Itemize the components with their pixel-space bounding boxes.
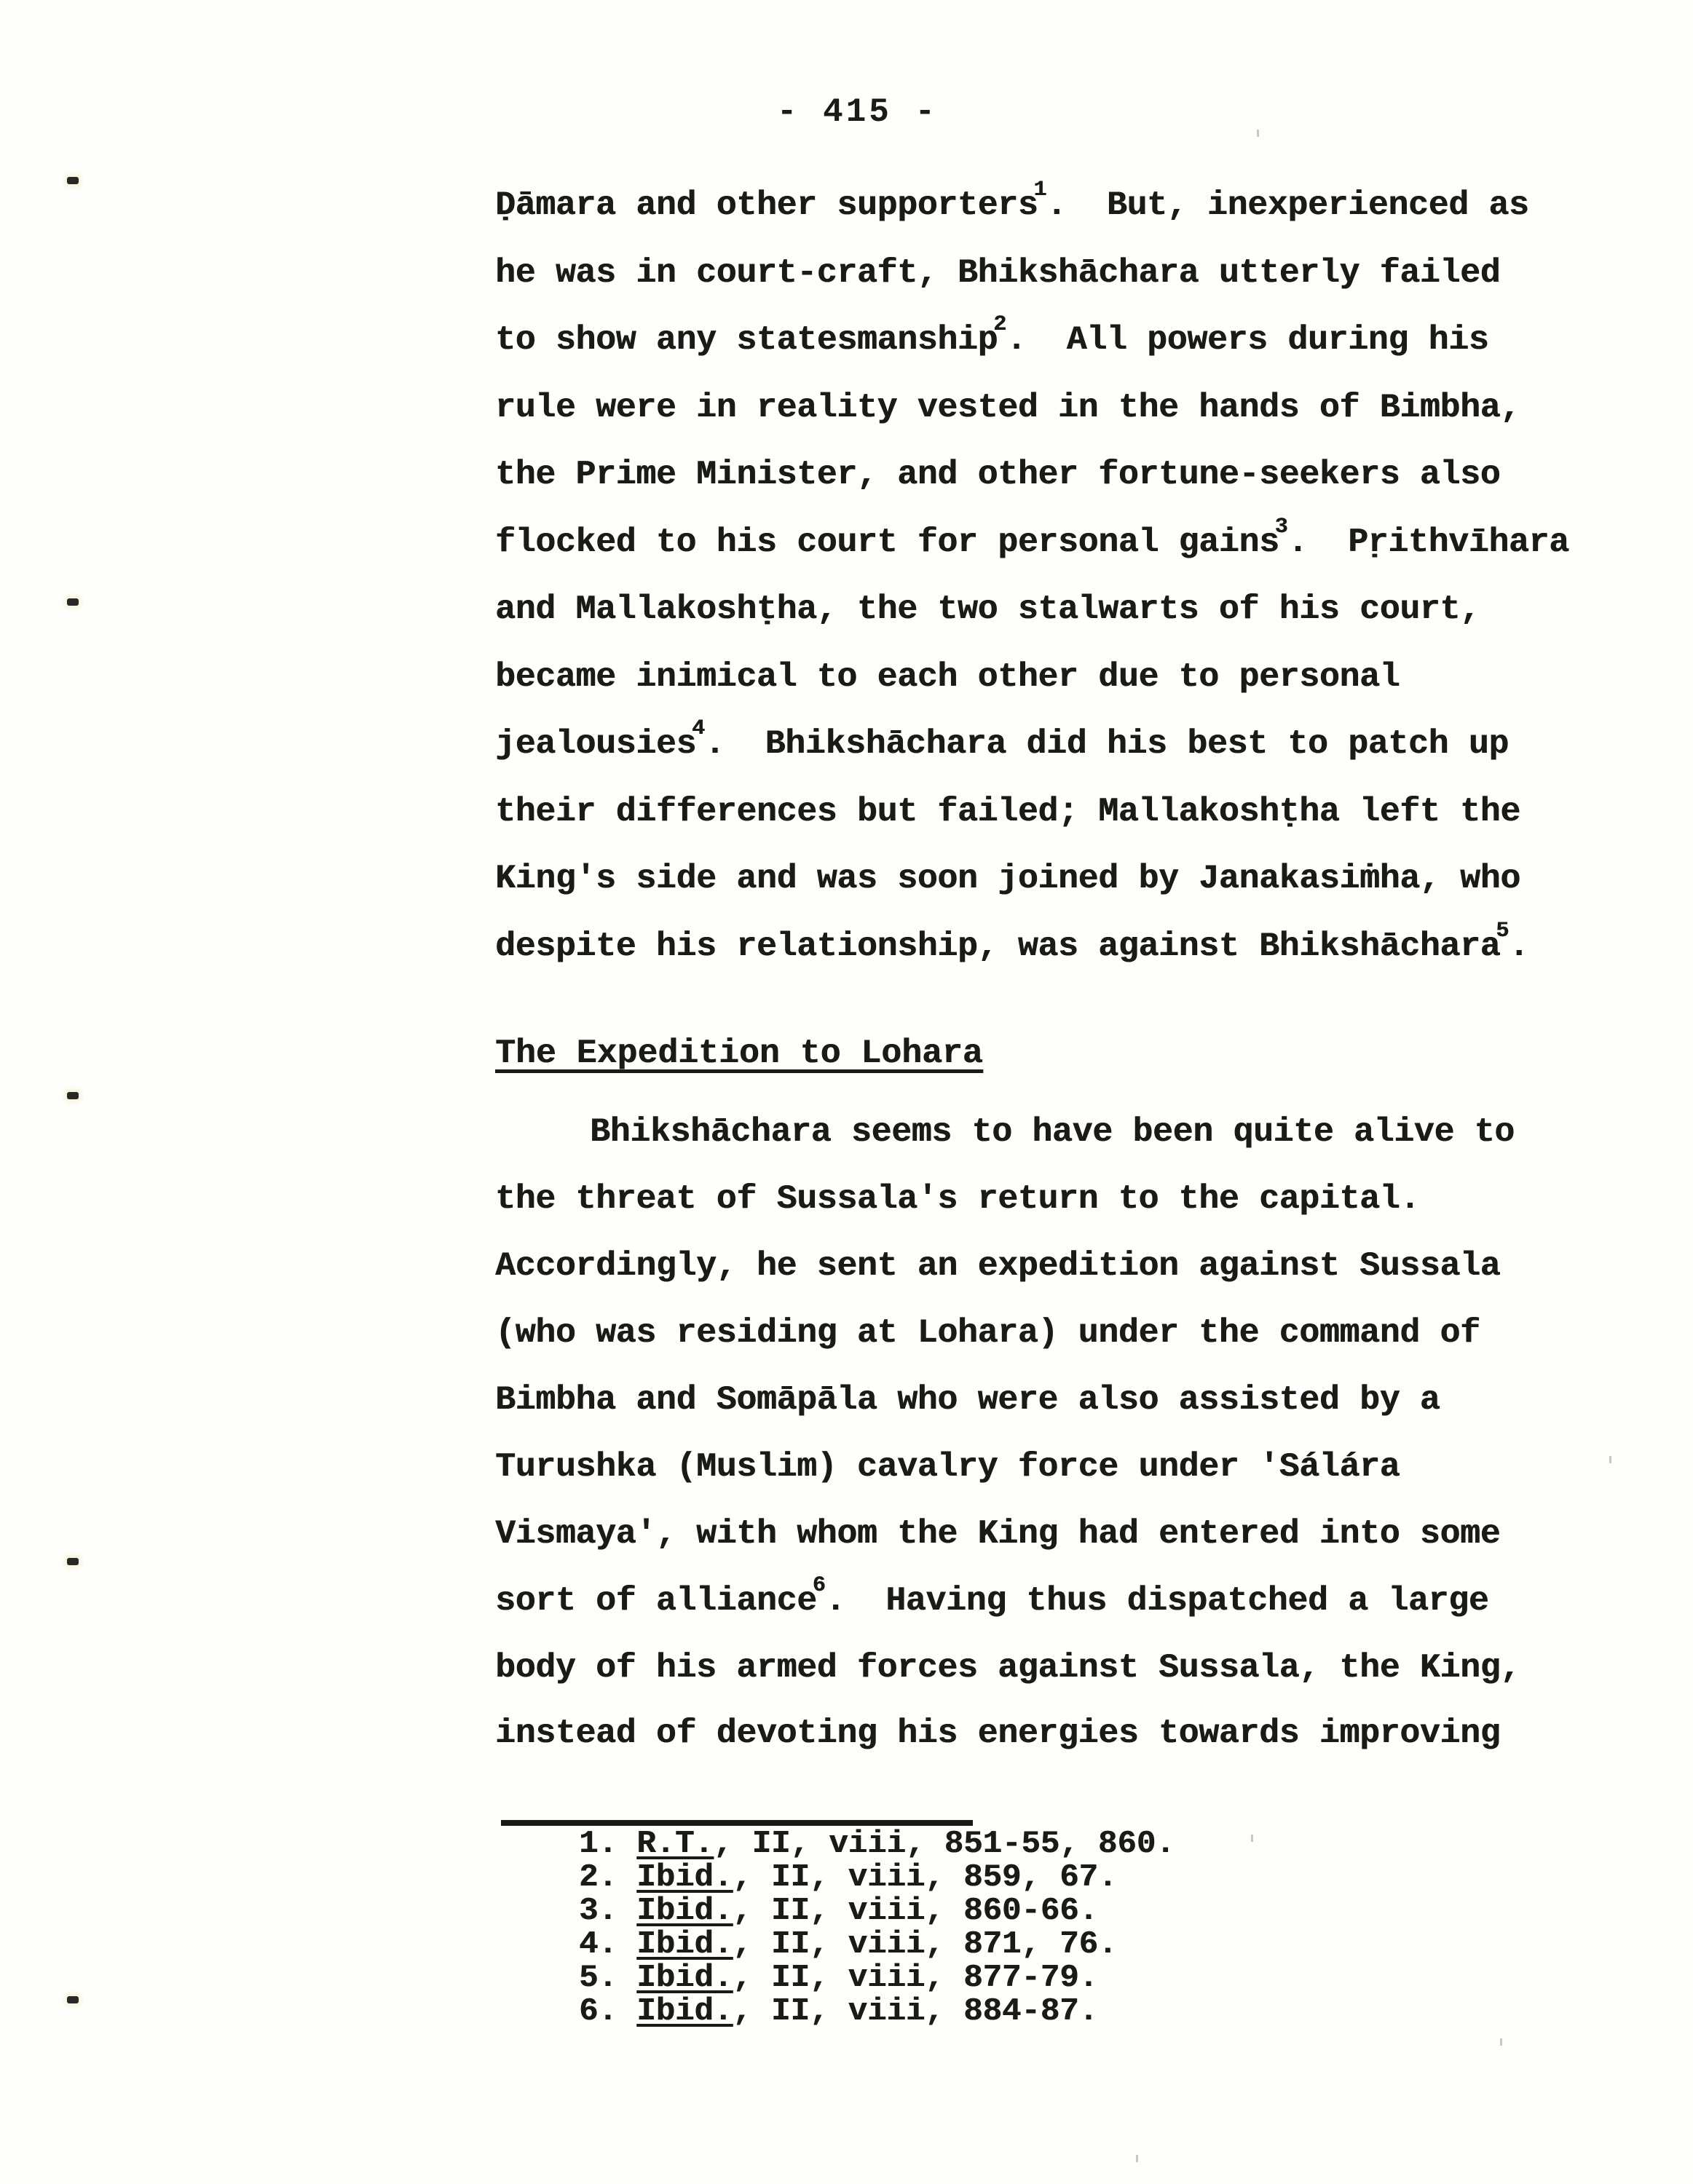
text-line: Bhikshāchara seems to have been quite al…: [590, 1110, 1515, 1154]
text: to show any statesmanship: [495, 320, 998, 359]
text-line: and Mallakoshṭha, the two stalwarts of h…: [495, 587, 1480, 631]
text: . All powers during his: [1006, 320, 1489, 359]
text-line: the Prime Minister, and other fortune-se…: [495, 453, 1500, 496]
footnote-ref: , II, viii, 860-66.: [733, 1893, 1098, 1929]
footnote-number: 5.: [579, 1960, 617, 1996]
text-line: King's side and was soon joined by Janak…: [495, 857, 1520, 901]
footnote-3: 3. Ibid., II, viii, 860-66.: [579, 1894, 1175, 1928]
margin-mark: [67, 1092, 79, 1099]
footnote-number: 6.: [579, 1993, 617, 2030]
text: . Bhikshāchara did his best to patch up: [705, 724, 1509, 763]
scan-speck: [1251, 1835, 1253, 1842]
margin-mark: [67, 598, 79, 606]
footnote-5: 5. Ibid., II, viii, 877-79.: [579, 1961, 1175, 1995]
footnote-ref-1[interactable]: 1: [1033, 178, 1046, 202]
page-number: - 415 -: [0, 93, 1693, 131]
text: . Pṛithvīhara: [1287, 523, 1568, 561]
footnote-2: 2. Ibid., II, viii, 859, 67.: [579, 1861, 1175, 1894]
footnote-ref-6[interactable]: 6: [813, 1573, 826, 1598]
footnote-number: 2.: [579, 1859, 617, 1896]
text: Ḍāmara and other supporters: [495, 186, 1038, 224]
footnote-6: 6. Ibid., II, viii, 884-87.: [579, 1995, 1175, 2028]
footnote-source: Ibid.: [636, 1859, 733, 1896]
text: . Having thus dispatched a large: [825, 1581, 1488, 1620]
footnote-ref: , II, viii, 877-79.: [733, 1960, 1098, 1996]
footnote-ref-5[interactable]: 5: [1496, 919, 1509, 943]
text: despite his relationship, was against Bh…: [495, 927, 1500, 965]
footnote-source: R.T.: [636, 1826, 714, 1862]
footnote-ref: , II, viii, 871, 76.: [733, 1926, 1117, 1963]
text: jealousies: [495, 724, 696, 763]
footnote-source: Ibid.: [636, 1993, 733, 2030]
margin-mark: [67, 177, 79, 184]
text: flocked to his court for personal gains: [495, 523, 1279, 561]
footnote-number: 1.: [579, 1826, 617, 1862]
document-page: - 415 - Ḍāmara and other supporters1. Bu…: [0, 0, 1693, 2184]
footnote-source: Ibid.: [636, 1926, 733, 1963]
text-line: Turushka (Muslim) cavalry force under 'S…: [495, 1445, 1400, 1489]
scan-speck: [1500, 2038, 1502, 2046]
footnote-separator: [501, 1820, 973, 1826]
text-line: flocked to his court for personal gains3…: [495, 521, 1569, 564]
footnote-ref-3[interactable]: 3: [1275, 515, 1288, 539]
footnote-source: Ibid.: [636, 1893, 733, 1929]
text: . But, inexperienced as: [1046, 186, 1529, 224]
text: .: [1509, 927, 1529, 965]
footnote-4: 4. Ibid., II, viii, 871, 76.: [579, 1928, 1175, 1961]
footnotes-list: 1. R.T., II, viii, 851-55, 860. 2. Ibid.…: [579, 1827, 1175, 2028]
scan-speck: [1609, 1456, 1611, 1463]
section-heading: The Expedition to Lohara: [495, 1034, 983, 1072]
text-line: despite his relationship, was against Bh…: [495, 925, 1529, 968]
text-line: the threat of Sussala's return to the ca…: [495, 1177, 1420, 1221]
footnote-ref: , II, viii, 859, 67.: [733, 1859, 1117, 1896]
text-line: jealousies4. Bhikshāchara did his best t…: [495, 722, 1509, 766]
text-line: he was in court-craft, Bhikshāchara utte…: [495, 251, 1500, 295]
footnote-1: 1. R.T., II, viii, 851-55, 860.: [579, 1827, 1175, 1861]
margin-mark: [67, 1558, 79, 1565]
text-line: rule were in reality vested in the hands…: [495, 386, 1520, 430]
text-line: became inimical to each other due to per…: [495, 655, 1400, 699]
text-line: Vismaya', with whom the King had entered…: [495, 1512, 1500, 1556]
footnote-ref-2[interactable]: 2: [993, 312, 1006, 337]
text-line: to show any statesmanship2. All powers d…: [495, 318, 1488, 362]
text-line: body of his armed forces against Sussala…: [495, 1646, 1520, 1690]
scan-speck: [1136, 2155, 1138, 2162]
footnote-number: 4.: [579, 1926, 617, 1963]
footnote-ref: , II, viii, 884-87.: [733, 1993, 1098, 2030]
footnote-number: 3.: [579, 1893, 617, 1929]
text-line: Ḍāmara and other supporters1. But, inexp…: [495, 183, 1529, 227]
text-line: their differences but failed; Mallakoshṭ…: [495, 790, 1520, 834]
footnote-ref: , II, viii, 851-55, 860.: [714, 1826, 1175, 1862]
text-line: (who was residing at Lohara) under the c…: [495, 1311, 1480, 1355]
margin-mark: [67, 1996, 79, 2003]
text-line: sort of alliance6. Having thus dispatche…: [495, 1579, 1488, 1623]
footnote-ref-4[interactable]: 4: [692, 716, 705, 741]
text-line: Bimbha and Somāpāla who were also assist…: [495, 1378, 1440, 1422]
text: sort of alliance: [495, 1581, 817, 1620]
footnote-source: Ibid.: [636, 1960, 733, 1996]
text-line: Accordingly, he sent an expedition again…: [495, 1244, 1500, 1288]
text-line: instead of devoting his energies towards…: [495, 1712, 1500, 1755]
